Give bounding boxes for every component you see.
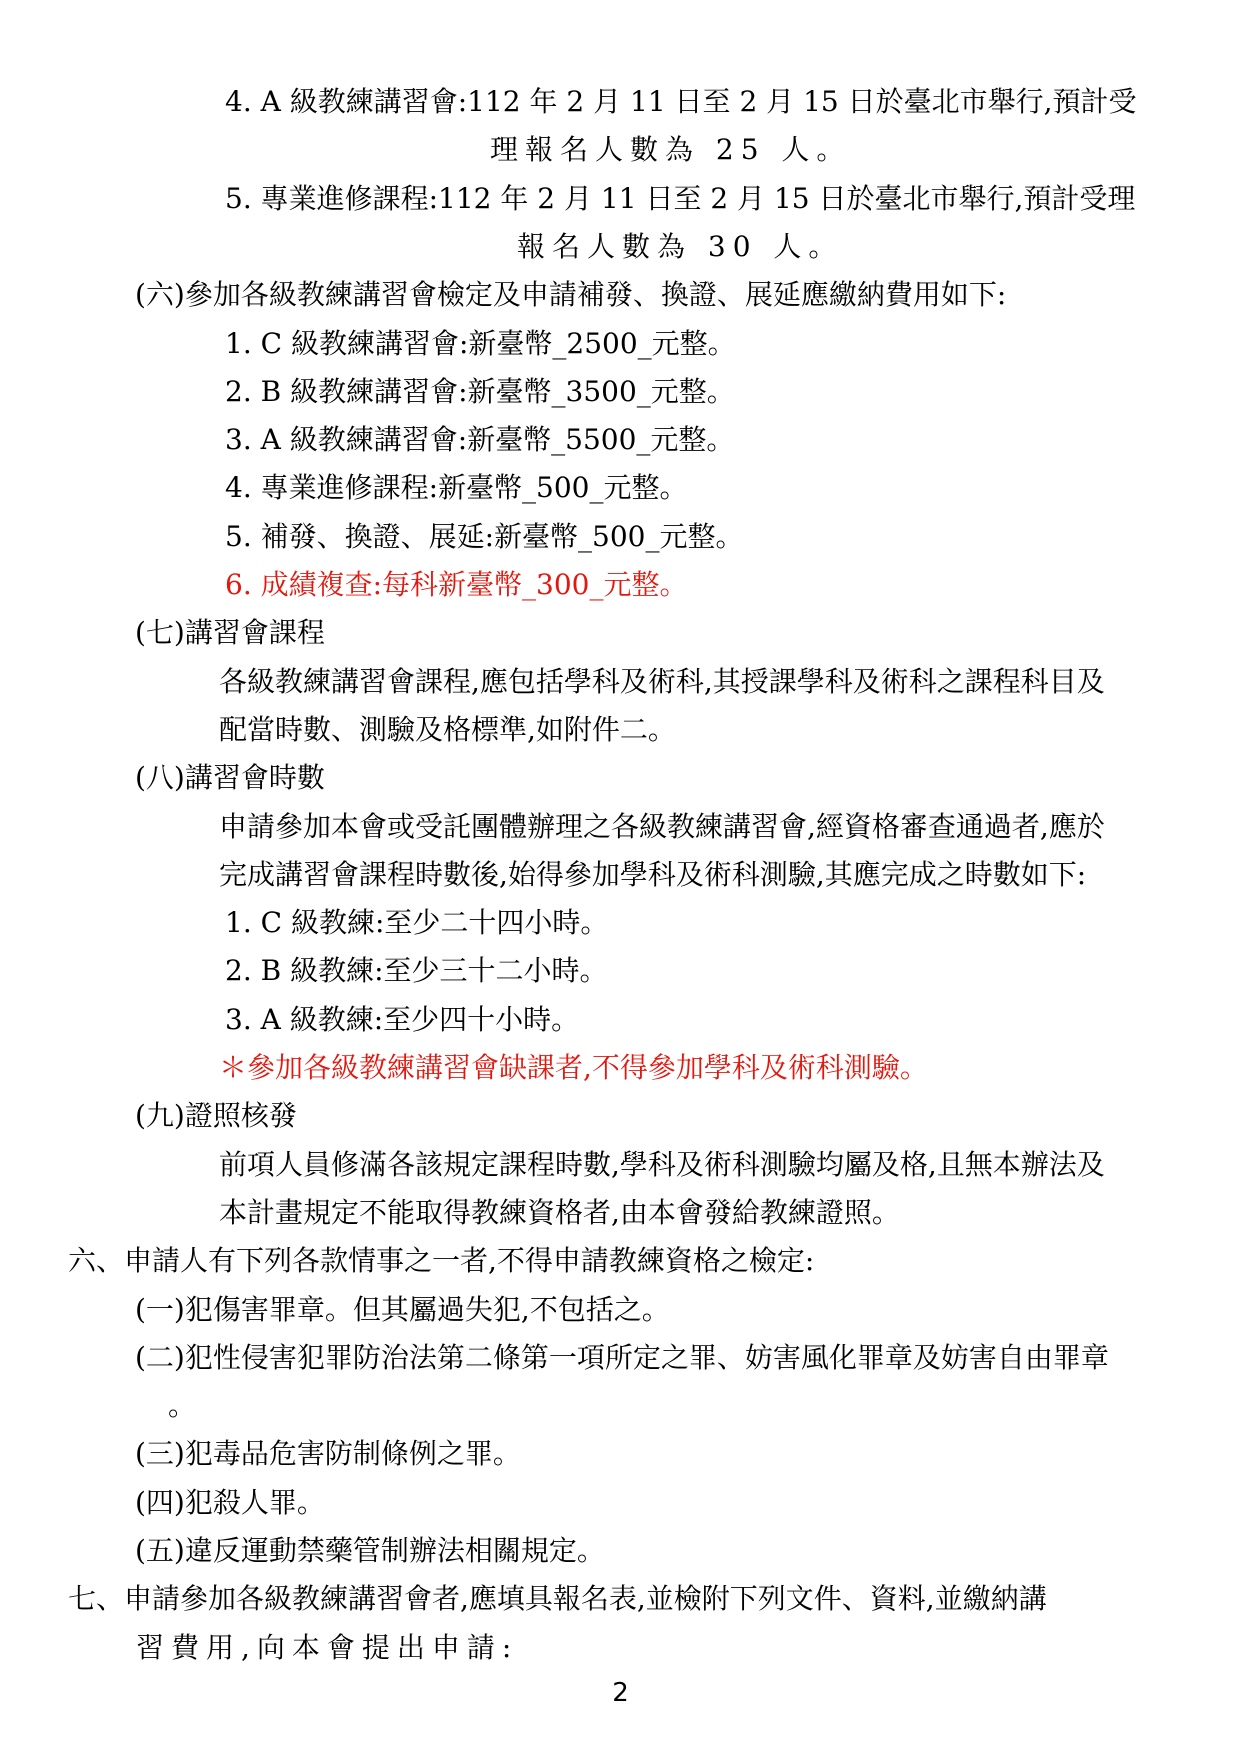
text-line: 前項人員修滿各該規定課程時數,學科及術科測驗均屬及格,且無本辦法及 bbox=[219, 1141, 1105, 1189]
text-line: (二)犯性侵害犯罪防治法第二條第一項所定之罪、妨害風化罪章及妨害自由罪章 bbox=[135, 1334, 1109, 1382]
text-line: 5. 補發、換證、展延:新臺幣_500_元整。 bbox=[225, 513, 744, 561]
text-line: 完成講習會課程時數後,始得參加學科及術科測驗,其應完成之時數如下: bbox=[219, 851, 1086, 899]
text-line: 3. A 級教練講習會:新臺幣_5500_元整。 bbox=[225, 416, 734, 464]
text-line: 6. 成績複查:每科新臺幣_300_元整。 bbox=[225, 561, 688, 609]
text-line: 5. 專業進修課程:112 年 2 月 11 日至 2 月 15 日於臺北市舉行… bbox=[225, 175, 1135, 223]
text-line: (三)犯毒品危害防制條例之罪。 bbox=[135, 1430, 521, 1478]
text-line: 報名人數為 30 人。 bbox=[517, 223, 843, 271]
text-line: 4. A 級教練講習會:112 年 2 月 11 日至 2 月 15 日於臺北市… bbox=[225, 78, 1137, 126]
text-line: (六)參加各級教練講習會檢定及申請補發、換證、展延應繳納費用如下: bbox=[135, 271, 1006, 319]
text-line: 。 bbox=[168, 1382, 196, 1430]
text-line: 2. B 級教練講習會:新臺幣_3500_元整。 bbox=[225, 368, 735, 416]
page-number: 2 bbox=[0, 1678, 1241, 1708]
text-line: 2. B 級教練:至少三十二小時。 bbox=[225, 947, 608, 995]
text-line: (四)犯殺人罪。 bbox=[135, 1479, 325, 1527]
text-line: 配當時數、測驗及格標準,如附件二。 bbox=[219, 706, 676, 754]
text-line: 3. A 級教練:至少四十小時。 bbox=[225, 996, 579, 1044]
text-line: (八)講習會時數 bbox=[135, 754, 325, 802]
text-line: 各級教練講習會課程,應包括學科及術科,其授課學科及術科之課程科目及 bbox=[219, 658, 1105, 706]
text-line: 習費用,向本會提出申請: bbox=[136, 1624, 518, 1672]
text-line: (五)違反運動禁藥管制辦法相關規定。 bbox=[135, 1527, 605, 1575]
text-line: 4. 專業進修課程:新臺幣_500_元整。 bbox=[225, 464, 688, 512]
text-line: (一)犯傷害罪章。但其屬過失犯,不包括之。 bbox=[135, 1286, 670, 1334]
text-line: (七)講習會課程 bbox=[135, 609, 325, 657]
text-line: ＊參加各級教練講習會缺課者,不得參加學科及術科測驗。 bbox=[219, 1044, 928, 1092]
text-line: 1. C 級教練講習會:新臺幣_2500_元整。 bbox=[225, 320, 736, 368]
text-line: (九)證照核發 bbox=[135, 1092, 297, 1140]
text-line: 1. C 級教練:至少二十四小時。 bbox=[225, 899, 608, 947]
text-line: 申請參加本會或受託團體辦理之各級教練講習會,經資格審查通過者,應於 bbox=[219, 803, 1105, 851]
document-page: 4. A 級教練講習會:112 年 2 月 11 日至 2 月 15 日於臺北市… bbox=[0, 0, 1241, 1755]
text-line: 七、申請參加各級教練講習會者,應填具報名表,並檢附下列文件、資料,並繳納講 bbox=[68, 1575, 1047, 1623]
text-line: 理報名人數為 25 人。 bbox=[490, 126, 851, 174]
text-line: 六、申請人有下列各款情事之一者,不得申請教練資格之檢定: bbox=[68, 1237, 814, 1285]
text-line: 本計畫規定不能取得教練資格者,由本會發給教練證照。 bbox=[219, 1189, 900, 1237]
